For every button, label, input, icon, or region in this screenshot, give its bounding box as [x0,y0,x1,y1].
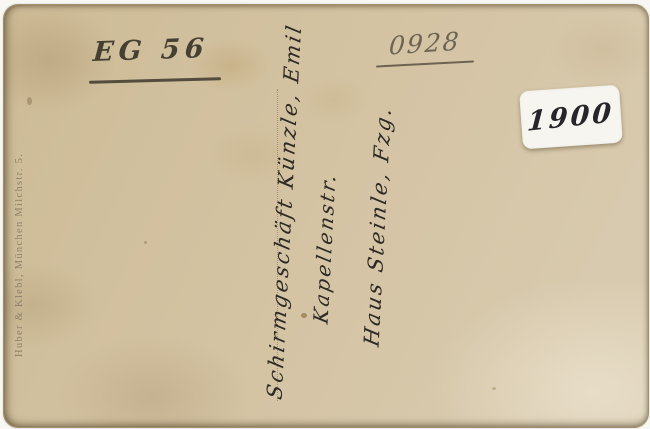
handwritten-note: Schirmgeschäft Künzle, Emil Kapellenstr.… [249,34,424,408]
paper-stain [144,241,147,244]
handwritten-note-line-name: Schirmgeschäft Künzle, Emil [263,21,306,401]
postcard-back: EG 56 0928 1900 Schirmgeschäft Künzle, E… [3,4,649,428]
year-sticker-label: 1900 [527,97,616,138]
catalog-code-underline [89,77,221,83]
handwritten-note-line-house: Haus Steinle, Fzg. [360,103,396,348]
paper-stain [301,313,307,318]
scanned-photo-back: EG 56 0928 1900 Schirmgeschäft Künzle, E… [0,0,650,429]
paper-stain [27,97,32,105]
handwritten-note-line-street: Kapellenstr. [309,170,341,326]
photographer-imprint: Huber & Klebl, München Milchstr. 5. [14,153,25,357]
year-sticker: 1900 [519,85,623,150]
catalog-code: EG 56 [92,33,210,68]
paper-stain [492,387,496,390]
